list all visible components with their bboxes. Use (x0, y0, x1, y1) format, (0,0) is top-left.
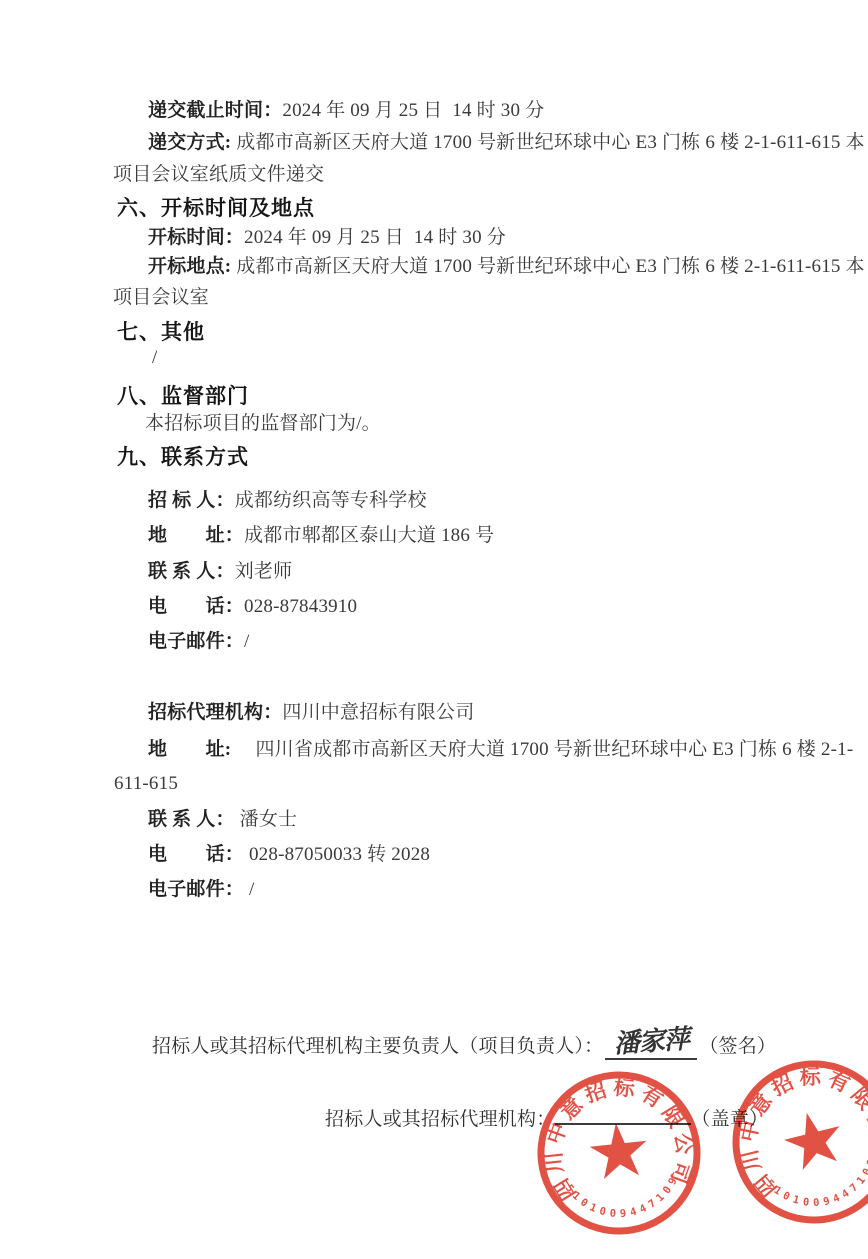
submission-deadline-label: 递交截止时间： (148, 100, 282, 121)
agency-name-value: 四川中意招标有限公司 (282, 702, 474, 723)
tenderer-name-label: 招 标 人： (148, 490, 235, 511)
section8-title: 八、监督部门 (117, 380, 249, 410)
opening-time-value: 2024 年 09 月 25 日 14 时 30 分 (244, 227, 506, 248)
opening-time-label: 开标时间： (148, 227, 244, 248)
seal-suffix: （盖章） (691, 1109, 768, 1130)
signature-suffix: （签名） (699, 1036, 776, 1057)
handwritten-signature: 潘家萍 (613, 1027, 689, 1055)
agency-contact-row: 联 系 人： 潘女士 (148, 808, 297, 831)
document-page: 递交截止时间：2024 年 09 月 25 日 14 时 30 分 递交方式: … (0, 0, 868, 1259)
submission-method-label: 递交方式: (148, 132, 231, 153)
opening-place-value: 成都市高新区天府大道 1700 号新世纪环球中心 E3 门栋 6 楼 2-1-6… (231, 256, 864, 277)
agency-email-label: 电子邮件： (148, 879, 244, 900)
agency-phone-label: 电 话： (148, 844, 244, 865)
svg-text:5101009447109: 5101009447109 (762, 1151, 868, 1221)
tenderer-email-row: 电子邮件：/ (148, 630, 250, 653)
principal-signature-label: 招标人或其招标代理机构主要负责人（项目负责人）： (152, 1036, 603, 1057)
section7-content: / (152, 346, 157, 369)
tenderer-email-value: / (244, 631, 249, 652)
tenderer-name-row: 招 标 人：成都纺织高等专科学校 (148, 489, 427, 512)
agency-email-value: / (244, 879, 254, 900)
seal-ring (719, 1047, 868, 1236)
agency-address-label: 地 址: (148, 739, 231, 760)
tenderer-name-value: 成都纺织高等专科学校 (235, 490, 427, 511)
agency-phone-row: 电 话： 028-87050033 转 2028 (148, 843, 430, 866)
svg-text:四川中意招标有限公司: 四川中意招标有限公司 (535, 1067, 699, 1205)
tenderer-phone-value: 028-87843910 (244, 596, 357, 617)
submission-method-value: 成都市高新区天府大道 1700 号新世纪环球中心 E3 门栋 6 楼 2-1-6… (231, 132, 864, 153)
tenderer-phone-row: 电 话：028-87843910 (148, 595, 357, 618)
tenderer-phone-label: 电 话： (148, 596, 244, 617)
agency-address-row: 地 址: 四川省成都市高新区天府大道 1700 号新世纪环球中心 E3 门栋 6… (148, 738, 853, 761)
agency-address-value: 四川省成都市高新区天府大道 1700 号新世纪环球中心 E3 门栋 6 楼 2-… (231, 739, 853, 760)
agency-phone-value: 028-87050033 转 2028 (244, 844, 430, 865)
submission-method-line: 递交方式: 成都市高新区天府大道 1700 号新世纪环球中心 E3 门栋 6 楼… (148, 131, 865, 154)
seal-star-icon (779, 1106, 847, 1172)
section9-title: 九、联系方式 (117, 441, 249, 471)
agency-name-label: 招标代理机构： (148, 702, 282, 723)
company-seal-right: 四川中意招标有限公司 5101009447109 (699, 1027, 868, 1257)
agency-address-continuation: 611-615 (114, 772, 178, 795)
tenderer-address-row: 地 址：成都市郫都区泰山大道 186 号 (148, 524, 494, 547)
submission-deadline-value: 2024 年 09 月 25 日 14 时 30 分 (282, 100, 544, 121)
agency-contact-label: 联 系 人： (148, 809, 235, 830)
tenderer-email-label: 电子邮件： (148, 631, 244, 652)
seal-number-text: 5101009447109 (562, 1171, 685, 1226)
seal-number-text: 5101009447109 (762, 1151, 868, 1221)
opening-place-continuation: 项目会议室 (113, 286, 209, 309)
tenderer-contact-label: 联 系 人： (148, 561, 235, 582)
seal-company-text: 四川中意招标有限公司 (535, 1067, 699, 1205)
org-seal-line: 招标人或其招标代理机构：（盖章） (325, 1108, 768, 1131)
tenderer-address-label: 地 址： (148, 525, 244, 546)
svg-text:5101009447109: 5101009447109 (562, 1171, 685, 1226)
submission-deadline-line: 递交截止时间：2024 年 09 月 25 日 14 时 30 分 (148, 99, 544, 122)
agency-contact-value: 潘女士 (235, 809, 298, 830)
tenderer-address-value: 成都市郫都区泰山大道 186 号 (244, 525, 494, 546)
section6-title: 六、开标时间及地点 (117, 192, 315, 222)
opening-place-line: 开标地点: 成都市高新区天府大道 1700 号新世纪环球中心 E3 门栋 6 楼… (148, 255, 865, 278)
opening-place-label: 开标地点: (148, 256, 231, 277)
section8-content: 本招标项目的监督部门为/。 (145, 412, 381, 435)
org-seal-label: 招标人或其招标代理机构： (325, 1109, 555, 1130)
company-seal-left: 四川中意招标有限公司 5101009447109 (515, 1049, 724, 1258)
tenderer-contact-row: 联 系 人：刘老师 (148, 560, 292, 583)
seal-underline (555, 1123, 691, 1125)
tenderer-contact-value: 刘老师 (235, 561, 293, 582)
seal-ring (533, 1067, 704, 1238)
agency-name-row: 招标代理机构：四川中意招标有限公司 (148, 701, 474, 724)
signature-underline: 潘家萍 (605, 1032, 697, 1060)
agency-email-row: 电子邮件： / (148, 878, 254, 901)
section7-title: 七、其他 (117, 316, 205, 346)
principal-signature-line: 招标人或其招标代理机构主要负责人（项目负责人）：潘家萍（签名） (152, 1032, 776, 1060)
opening-time-line: 开标时间：2024 年 09 月 25 日 14 时 30 分 (148, 226, 506, 249)
submission-method-continuation: 项目会议室纸质文件递交 (113, 163, 324, 186)
